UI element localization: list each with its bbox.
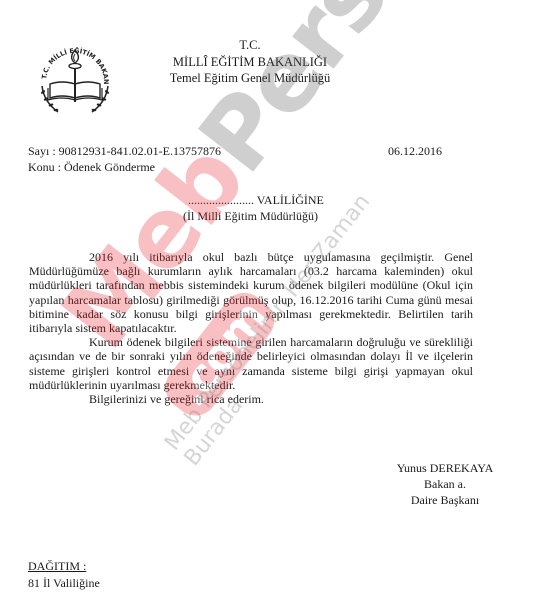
addressee-line1: ...................... VALİLİĞİNE — [188, 193, 324, 208]
distribution-label: DAĞITIM : — [28, 559, 86, 574]
body-paragraph-1: 2016 yılı itibarıyla okul bazlı bütçe uy… — [29, 250, 473, 335]
distribution-value: 81 İl Valiliğine — [28, 576, 100, 591]
konu-value: : Ödenek Gönderme — [58, 160, 155, 174]
distribution-label-text: DAĞITIM : — [28, 559, 86, 573]
header-tc: T.C. — [0, 38, 500, 53]
document-date: 06.12.2016 — [388, 144, 442, 159]
addressee-line2: (İl Milli Eğitim Müdürlüğü) — [183, 209, 318, 224]
sayi-label: Sayı — [28, 144, 49, 158]
header-directorate: Temel Eğitim Genel Müdürlüğü — [0, 71, 500, 86]
signatory-title1: Bakan a. — [385, 477, 505, 492]
signatory-title2: Daire Başkanı — [385, 493, 505, 508]
watermark-part-person: Person — [178, 0, 489, 193]
konu-label: Konu — [28, 160, 55, 174]
letter-body: 2016 yılı itibarıyla okul bazlı bütçe uy… — [29, 250, 473, 406]
signatory-name: Yunus DEREKAYA — [385, 461, 505, 476]
sayi-line: Sayı : 90812931-841.02.01-E.13757876 — [28, 144, 221, 159]
sayi-value: : 90812931-841.02.01-E.13757876 — [52, 144, 221, 158]
body-paragraph-2: Kurum ödenek bilgileri sistemine girilen… — [29, 335, 473, 392]
header-ministry: MİLLÎ EĞİTİM BAKANLIĞI — [0, 55, 500, 70]
konu-line: Konu : Ödenek Gönderme — [28, 160, 155, 175]
body-paragraph-3: Bilgilerinizi ve gereğini rica ederim. — [29, 392, 473, 406]
